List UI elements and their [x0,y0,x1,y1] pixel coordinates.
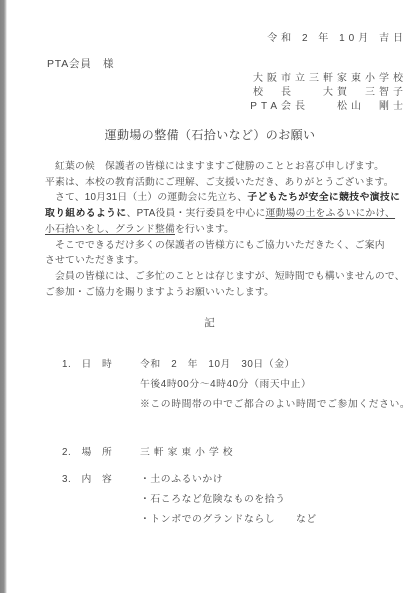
body-text-bold: 子どもたちが安全に競技や演技に [247,192,400,203]
record-lines: 令和 2 年 10月 30日（金）午後4時00分～4時40分（雨天中止）※この時… [140,355,410,415]
body-text: 平素は、本校の教育活動にご理解、ご支援いただき、ありがとうございます。 [45,177,394,188]
record-lines: 三軒家東小学校 [140,443,406,463]
sender-pta-president: PTA会長 松山 剛士 [250,100,407,114]
body-line: さて、10月31日（土）の運動会に先立ち、子どもたちが安全に競技や演技に [45,190,383,206]
body-text: を行います。 [175,224,234,235]
record-line: 午後4時00分～4時40分（雨天中止） [140,375,410,395]
record-line: ・土のふるいかけ [140,470,406,490]
body-line: 取り組めるように、PTA役員・実行委員を中心に運動場の土をふるいにかけ、 [45,206,383,222]
body-line: ご参加・ご協力を賜りますようお願いいたします。 [45,285,383,301]
record-marker: 記 [0,315,420,330]
scan-edge-strip [0,0,7,593]
record-lines: ・土のふるいかけ・石ころなど危険なものを拾う・トンボでのグランドならし など [140,470,406,530]
record-item: 1. 日 時令和 2 年 10月 30日（金）午後4時00分～4時40分（雨天中… [62,355,406,415]
body-text: させていただきます。 [45,255,144,266]
letter-title: 運動場の整備（石拾いなど）のお願い [0,126,420,143]
record-label: 3. 内 容 [62,470,140,490]
record-item: 3. 内 容・土のふるいかけ・石ころなど危険なものを拾う・トンボでのグランドなら… [62,470,406,530]
record-label: 2. 場 所 [62,443,140,463]
record-label: 1. 日 時 [62,355,140,375]
body-line: させていただきます。 [45,253,383,269]
body-paragraphs: 紅葉の候 保護者の皆様にはますますご健勝のこととお喜び申しげます。平素は、本校の… [45,159,383,300]
record-line: ※この時間帯の中でご都合のよい時間でご参加ください。 [140,395,410,415]
sender-school: 大阪市立三軒家東小学校 [250,72,407,86]
body-text-underlined: 小石拾いをし、グランド整備 [45,224,175,235]
record-line: 三軒家東小学校 [140,443,406,463]
record-items: 1. 日 時令和 2 年 10月 30日（金）午後4時00分～4時40分（雨天中… [62,355,406,530]
body-line: 紅葉の候 保護者の皆様にはますますご健勝のこととお喜び申しげます。 [45,159,383,175]
body-text-underlined: 運動場の土をふるいにかけ、 [265,208,395,219]
body-line: 平素は、本校の教育活動にご理解、ご支援いただき、ありがとうございます。 [45,175,383,191]
addressee: PTA会員 様 [47,56,114,71]
body-text: 、PTA役員・実行委員を中心に [127,208,266,219]
body-text: 紅葉の候 保護者の皆様にはますますご健勝のこととお喜び申しげます。 [45,161,384,172]
record-item: 2. 場 所三軒家東小学校 [62,443,406,463]
body-text: 会員の皆様には、ご多忙のこととは存じますが、短時間でも構いませんので、 [45,271,405,282]
body-text: そこでできるだけ多くの保護者の皆様方にもご協力いただきたく、ご案内 [45,240,385,251]
body-line: 小石拾いをし、グランド整備を行います。 [45,222,383,238]
body-line: 会員の皆様には、ご多忙のこととは存じますが、短時間でも構いませんので、 [45,269,383,285]
record-line: ・トンボでのグランドならし など [140,510,406,530]
body-line: そこでできるだけ多くの保護者の皆様方にもご協力いただきたく、ご案内 [45,238,383,254]
sender-block: 大阪市立三軒家東小学校 校 長 大賀 三智子 PTA会長 松山 剛士 [250,72,407,114]
sender-principal: 校 長 大賀 三智子 [250,86,407,100]
record-line: ・石ころなど危険なものを拾う [140,490,406,510]
letter-date: 令和 2 年 10月 吉日 [267,29,407,44]
scanned-letter-page: 令和 2 年 10月 吉日 PTA会員 様 大阪市立三軒家東小学校 校 長 大賀… [0,0,420,593]
record-line: 令和 2 年 10月 30日（金） [140,355,410,375]
body-text: ご参加・ご協力を賜りますようお願いいたします。 [45,287,274,298]
body-text-bold: 取り組めるように [45,208,127,219]
body-text: さて、10月31日（土）の運動会に先立ち、 [45,192,247,203]
